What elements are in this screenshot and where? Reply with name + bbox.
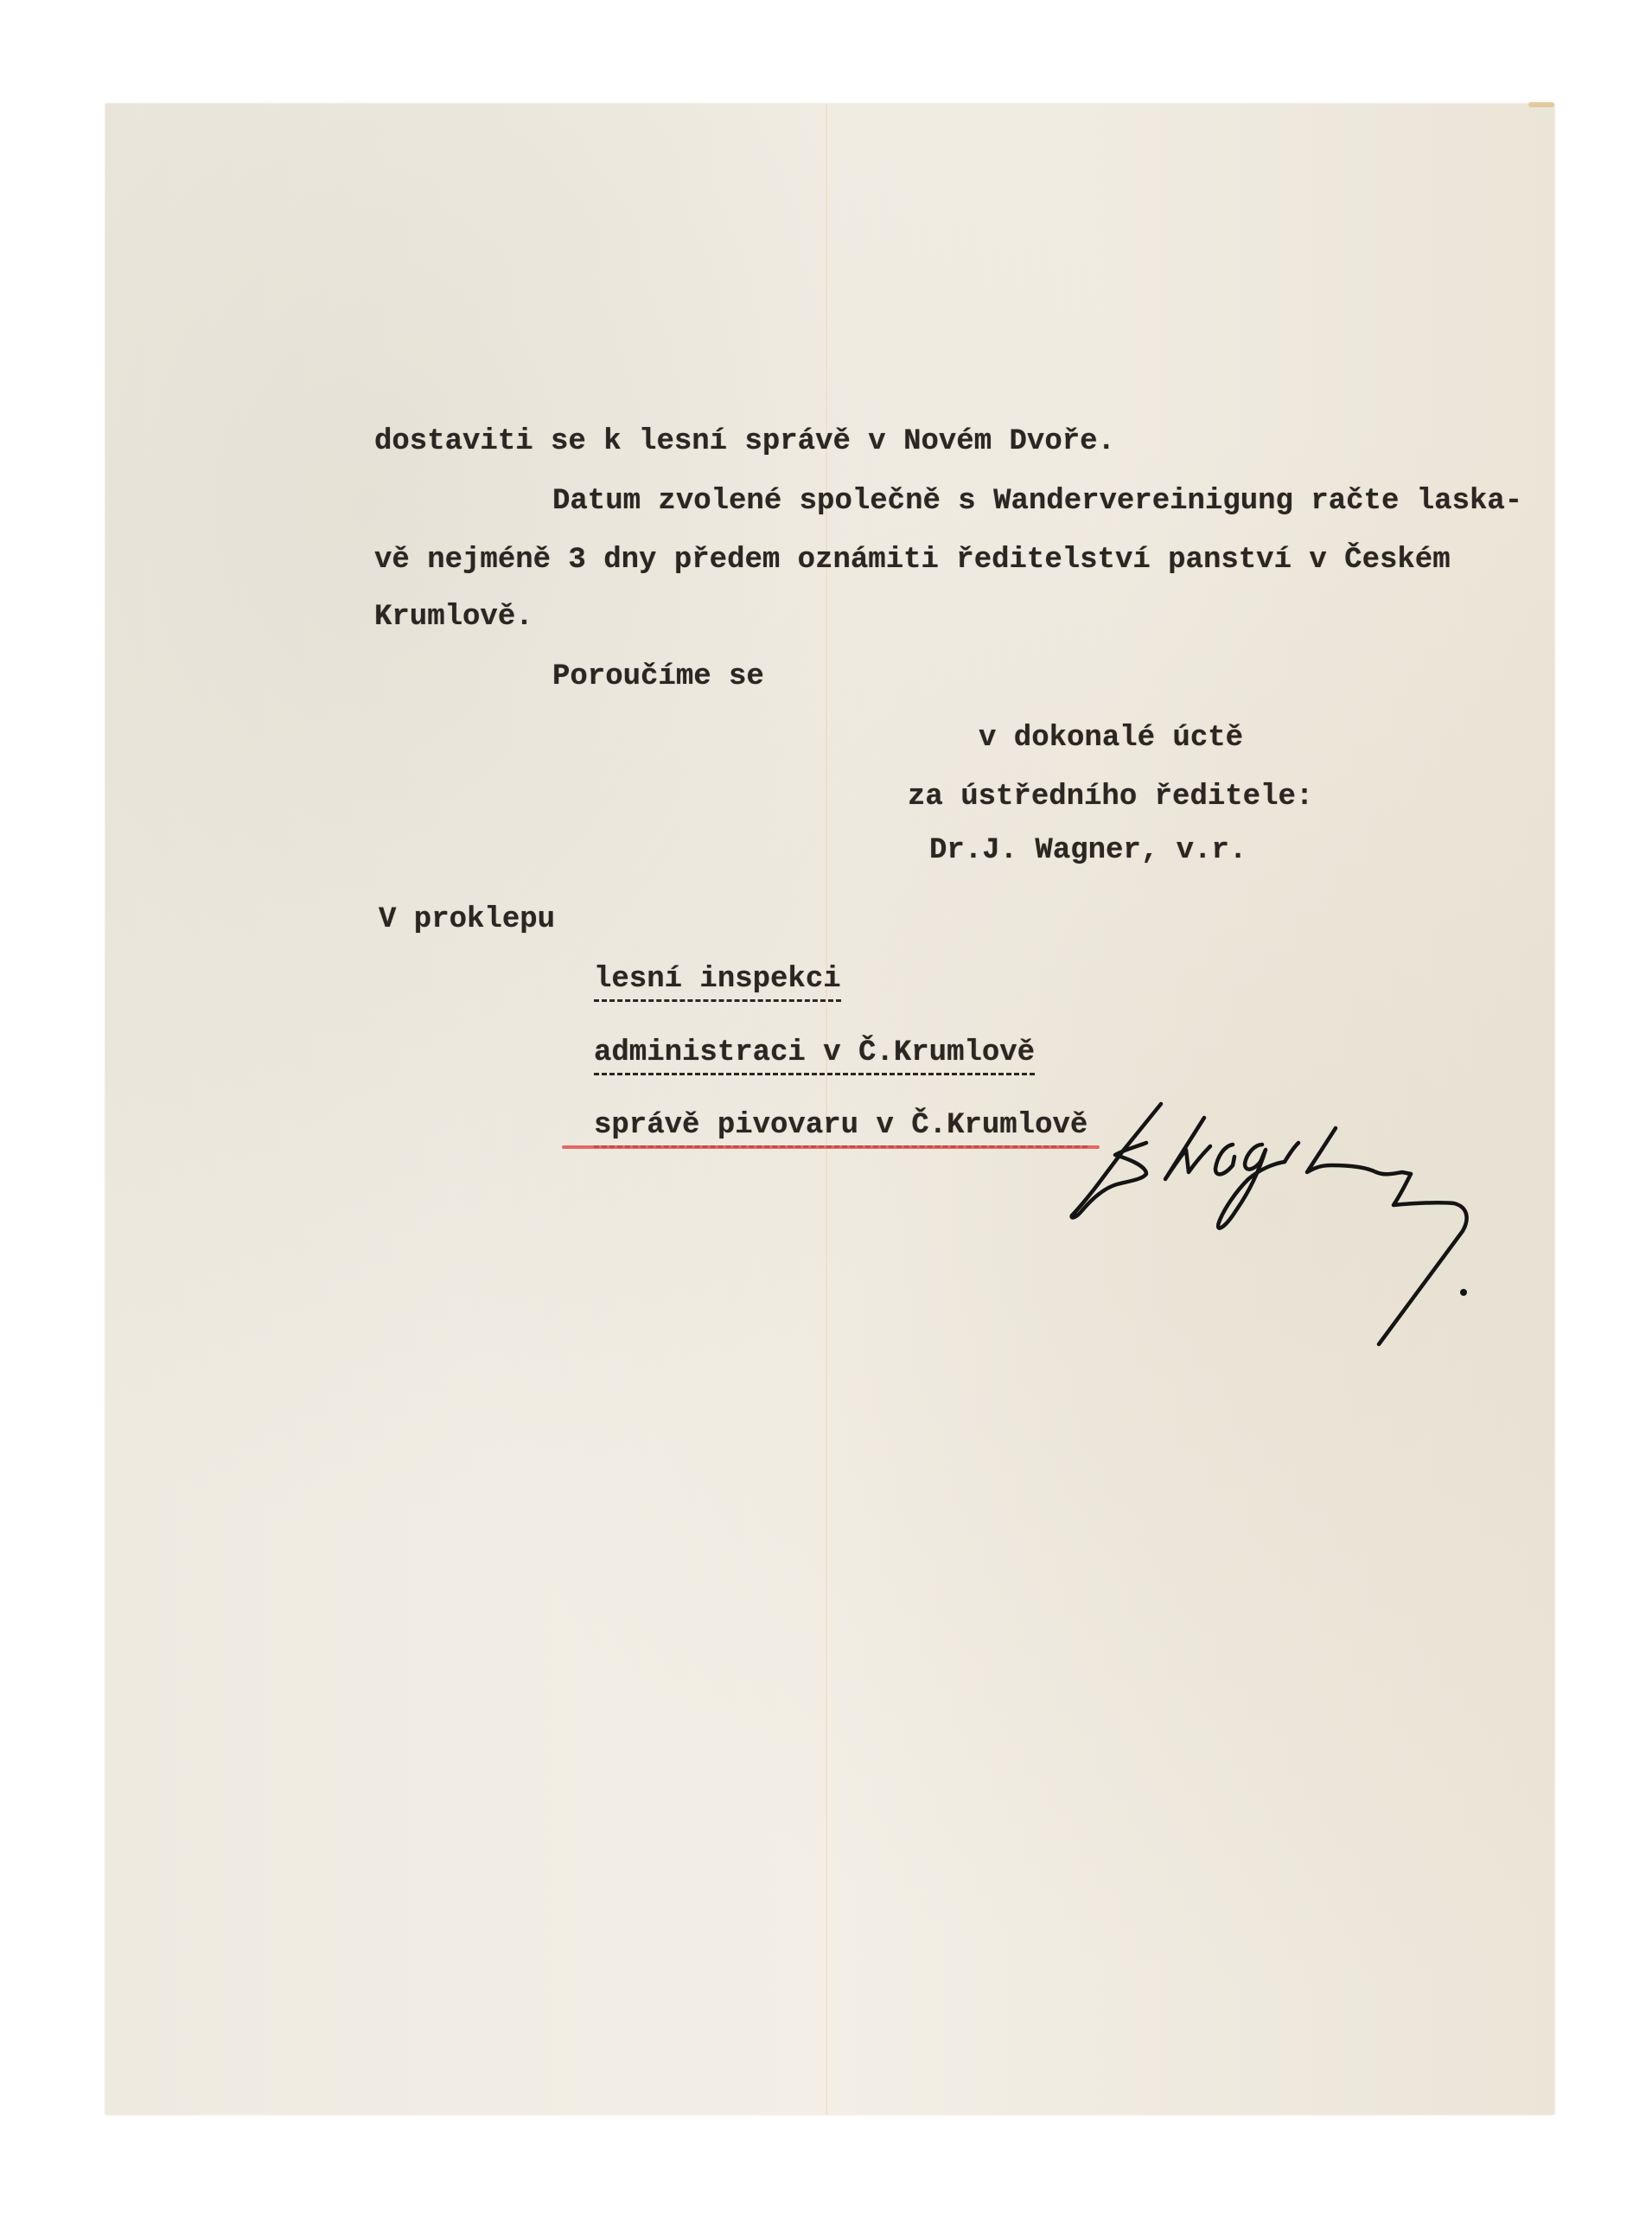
body-line-2: Datum zvolené společně s Wandervereinigu… xyxy=(552,487,1522,516)
closing-on-behalf: za ústředního ředitele: xyxy=(908,782,1313,812)
body-line-3: vě nejméně 3 dny předem oznámiti ředitel… xyxy=(374,545,1451,575)
copies-heading: V proklepu xyxy=(379,905,555,934)
body-line-4: Krumlově. xyxy=(374,603,533,632)
paper-corner-stain xyxy=(1528,102,1554,107)
copy-recipient-1: lesní inspekci xyxy=(594,965,841,1002)
copy-recipient-2: administraci v Č.Krumlově xyxy=(594,1038,1035,1075)
body-line-5-closing-phrase: Poroučíme se xyxy=(552,662,764,692)
typed-signatory-name: Dr.J. Wagner, v.r. xyxy=(929,836,1247,865)
body-line-1: dostaviti se k lesní správě v Novém Dvoř… xyxy=(374,427,1115,456)
copy-recipient-3: správě pivovaru v Č.Krumlově xyxy=(594,1111,1088,1148)
signature-dot xyxy=(1460,1289,1467,1296)
closing-salutation: v dokonalé úctě xyxy=(979,724,1243,753)
handwritten-signature xyxy=(1063,1089,1496,1366)
red-pencil-underline xyxy=(562,1145,1100,1149)
